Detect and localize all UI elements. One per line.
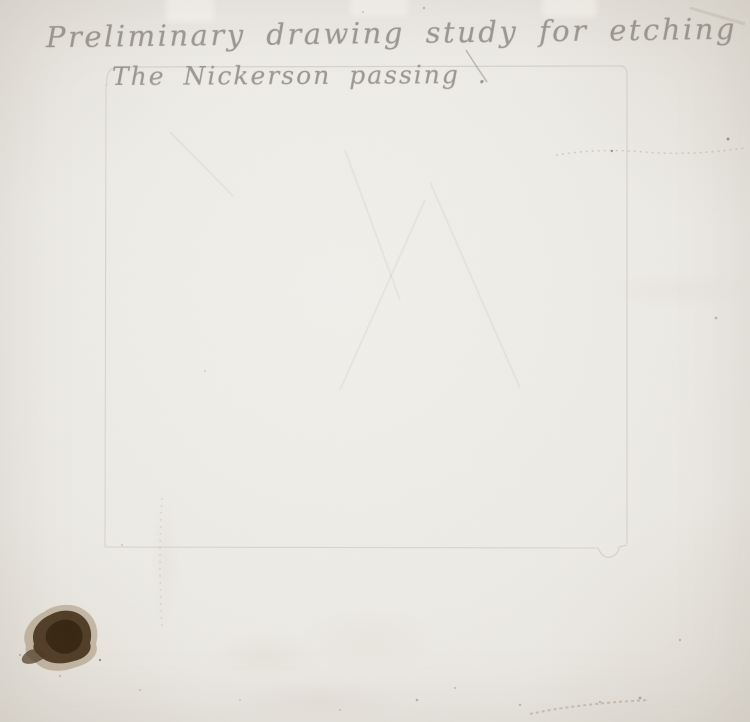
sketch-outline-left-bottom: [105, 84, 598, 548]
paper-specks: [121, 7, 730, 711]
corner-squiggle: [598, 545, 627, 557]
photo-vignette: [0, 0, 750, 722]
sketch-outline: [107, 66, 627, 544]
paper-grain-overlay: [0, 0, 750, 722]
smudge-mark: [600, 270, 750, 310]
smudge-mark: [205, 630, 325, 680]
paper-sheet: Preliminary drawing study for etching Th…: [0, 0, 750, 722]
ink-stain: [19, 605, 101, 677]
tape-residue-patch: [350, 0, 408, 16]
smudge-mark: [150, 490, 180, 635]
smudge-streaks: [160, 8, 745, 714]
stain-layer: [0, 0, 750, 722]
scratch-marks: [170, 132, 520, 390]
smudge-mark: [300, 605, 440, 675]
pencil-marks-layer: [0, 0, 750, 722]
inscription-line-1: Preliminary drawing study for etching: [46, 12, 737, 54]
smudge-mark: [230, 680, 410, 720]
inscription-line-2: The Nickerson passing .: [112, 60, 488, 91]
